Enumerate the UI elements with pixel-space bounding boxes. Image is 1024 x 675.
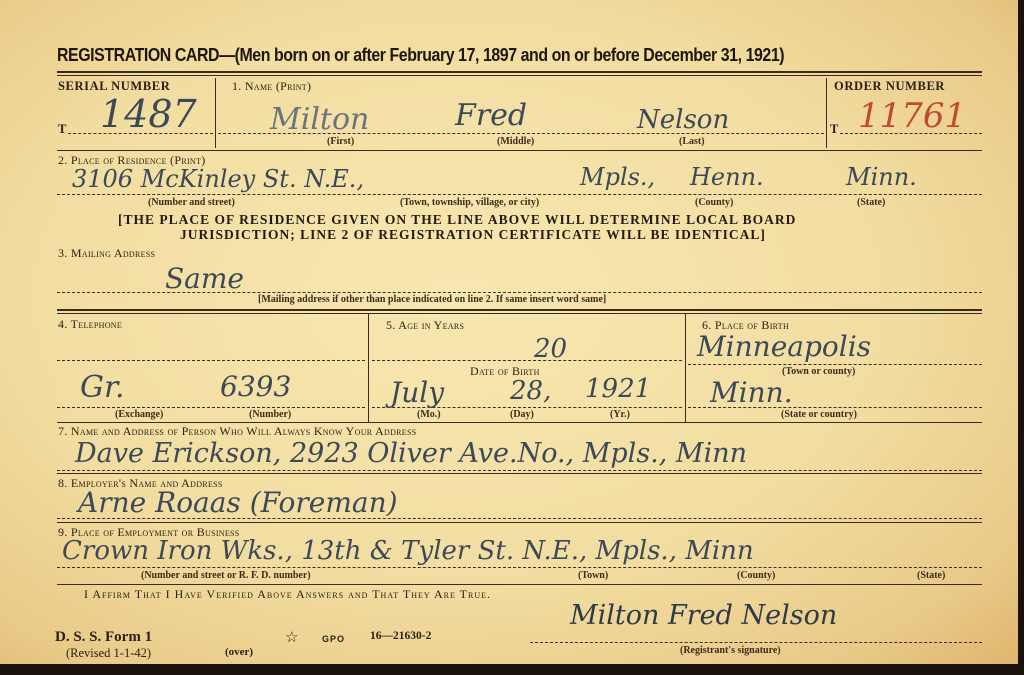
- employment-street-caption: (Number and street or R. F. D. number): [141, 570, 311, 581]
- order-number-label: ORDER NUMBER: [834, 79, 945, 94]
- residence-line: [57, 194, 982, 195]
- rule: [57, 584, 982, 585]
- rule: [57, 71, 982, 73]
- rule: [57, 422, 982, 423]
- contact-label: 7. Name and Address of Person Who Will A…: [58, 424, 417, 439]
- dob-year-value[interactable]: 1921: [585, 374, 651, 404]
- birthplace-state-value[interactable]: Minn.: [710, 376, 793, 409]
- rule: [57, 309, 982, 311]
- first-caption: (First): [327, 136, 354, 147]
- last-caption: (Last): [679, 136, 705, 147]
- star-icon: ☆: [285, 628, 298, 647]
- rule: [57, 313, 982, 314]
- month-caption: (Mo.): [417, 409, 441, 420]
- state-caption: (State): [857, 197, 885, 208]
- signature-value[interactable]: Milton Fred Nelson: [570, 600, 837, 631]
- affirmation-text: I Affirm That I Have Verified Above Answ…: [84, 587, 491, 602]
- residence-notice-line2: JURISDICTION; LINE 2 OF REGISTRATION CER…: [180, 227, 766, 243]
- birthplace-line-1: [688, 364, 982, 365]
- telephone-line-2: [57, 407, 365, 408]
- telephone-line-1: [57, 360, 365, 361]
- gpo-number: 16—21630-2: [370, 630, 431, 642]
- birthplace-town-value[interactable]: Minneapolis: [697, 330, 871, 363]
- mailing-caption: [Mailing address if other than place ind…: [258, 294, 606, 305]
- divider: [215, 78, 216, 148]
- divider: [826, 78, 827, 148]
- employment-town-caption: (Town): [578, 570, 608, 581]
- order-number-value[interactable]: 11761: [858, 96, 966, 136]
- employment-line: [57, 567, 982, 568]
- mailing-label: 3. Mailing Address: [58, 246, 155, 261]
- age-value[interactable]: 20: [534, 334, 567, 364]
- residence-county-value[interactable]: Henn.: [690, 163, 764, 191]
- employment-value[interactable]: Crown Iron Wks., 13th & Tyler St. N.E., …: [62, 536, 754, 566]
- telephone-label: 4. Telephone: [58, 317, 122, 332]
- serial-prefix: T: [58, 122, 66, 137]
- day-caption: (Day): [510, 409, 534, 420]
- signature-line: [530, 642, 982, 643]
- mailing-value[interactable]: Same: [165, 262, 244, 295]
- county-caption: (County): [695, 197, 733, 208]
- signature-caption: (Registrant's signature): [680, 645, 781, 656]
- form-revised: (Revised 1-1-42): [66, 646, 151, 661]
- middle-caption: (Middle): [497, 136, 534, 147]
- year-caption: (Yr.): [610, 409, 630, 420]
- over-note: (over): [225, 646, 253, 658]
- last-name-value[interactable]: Nelson: [637, 105, 729, 135]
- rule: [57, 150, 982, 151]
- exchange-caption: (Exchange): [115, 409, 163, 420]
- telephone-exchange-value[interactable]: Gr.: [80, 370, 125, 405]
- telephone-number-value[interactable]: 6393: [220, 370, 291, 403]
- contact-line: [57, 470, 982, 471]
- number-caption: (Number): [249, 409, 291, 420]
- first-name-value[interactable]: Milton: [270, 102, 369, 137]
- card-title: REGISTRATION CARD—(Men born on or after …: [57, 44, 784, 66]
- registration-card: REGISTRATION CARD—(Men born on or after …: [0, 0, 1018, 664]
- residence-notice-line1: [THE PLACE OF RESIDENCE GIVEN ON THE LIN…: [118, 212, 796, 228]
- residence-town-value[interactable]: Mpls.,: [580, 163, 655, 191]
- age-label: 5. Age in Years: [386, 318, 464, 333]
- serial-number-value[interactable]: 1487: [100, 92, 197, 136]
- dob-day-value[interactable]: 28,: [510, 376, 551, 406]
- age-line: [372, 360, 682, 361]
- form-name: D. S. S. Form 1: [55, 629, 152, 646]
- rule: [57, 75, 982, 76]
- birthplace-town-caption: (Town or county): [782, 366, 855, 377]
- residence-street-value[interactable]: 3106 McKinley St. N.E.,: [72, 165, 364, 193]
- divider: [685, 314, 686, 422]
- order-prefix: T: [830, 122, 838, 137]
- birthplace-state-caption: (State or country): [781, 409, 857, 420]
- residence-state-value[interactable]: Minn.: [846, 163, 917, 191]
- rule: [57, 473, 982, 474]
- street-caption: (Number and street): [148, 197, 235, 208]
- name-label: 1. Name (Print): [232, 79, 311, 94]
- employment-county-caption: (County): [737, 570, 775, 581]
- middle-name-value[interactable]: Fred: [455, 98, 527, 133]
- gpo-label: GPO: [322, 634, 345, 644]
- contact-value[interactable]: Dave Erickson, 2923 Oliver Ave.No., Mpls…: [75, 438, 747, 469]
- divider: [368, 314, 369, 422]
- rule: [57, 522, 982, 523]
- employment-state-caption: (State): [917, 570, 945, 581]
- dob-month-value[interactable]: July: [390, 376, 444, 409]
- town-caption: (Town, township, village, or city): [400, 197, 539, 208]
- employer-value[interactable]: Arne Roaas (Foreman): [78, 486, 398, 519]
